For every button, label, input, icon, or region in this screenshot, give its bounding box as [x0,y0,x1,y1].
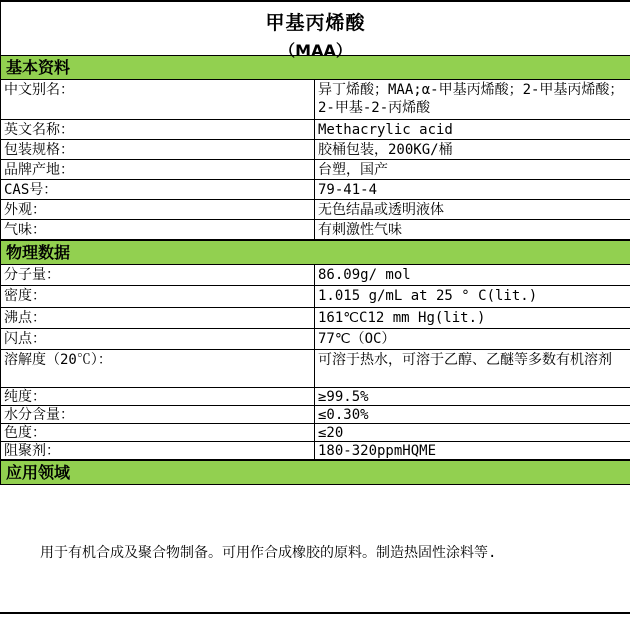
product-datasheet: 甲基丙烯酸 （MAA） 基本资料 中文别名： 异丁烯酸；MAA;α-甲基丙烯酸；… [0,0,630,620]
application-description: 用于有机合成及聚合物制备。可用作合成橡胶的原料。制造热固性涂料等. [40,543,620,563]
physical-data-table: 分子量： 86.09g/ mol 密度： 1.015 g/mL at 25 ° … [1,265,630,460]
table-row-inhibitor: 阻聚剂： 180-320ppmHQME [1,442,630,460]
section-header-physical-data: 物理数据 [1,240,630,265]
row-label: 分子量： [1,265,315,285]
table-row-purity: 纯度： ≥99.5% [1,388,630,406]
table-row-cas-number: CAS号： 79-41-4 [1,180,630,200]
row-value: 无色结晶或透明液体 [315,200,630,219]
row-value: ≤0.30% [315,406,630,423]
datasheet-bordered-region: 甲基丙烯酸 （MAA） 基本资料 中文别名： 异丁烯酸；MAA;α-甲基丙烯酸；… [0,2,630,485]
table-row-molecular-weight: 分子量： 86.09g/ mol [1,265,630,286]
section-header-applications: 应用领域 [1,460,630,485]
row-value: ≤20 [315,424,630,441]
row-value: 161℃C12 mm Hg(lit.) [315,308,630,327]
row-label: 色度： [1,424,315,441]
row-value: 180-320ppmHQME [315,442,630,459]
table-row-solubility: 溶解度（20℃）： 可溶于热水，可溶于乙醇、乙醚等多数有机溶剂 [1,350,630,388]
row-label: 沸点： [1,308,315,328]
row-label: 品牌产地： [1,160,315,179]
row-label: CAS号： [1,180,315,199]
row-label: 纯度： [1,388,315,405]
row-value: Methacrylic acid [315,120,630,139]
row-label: 气味： [1,220,315,239]
row-value: 86.09g/ mol [315,265,630,284]
table-row-appearance: 外观： 无色结晶或透明液体 [1,200,630,220]
row-label: 溶解度（20℃）： [1,350,315,387]
basic-info-table: 中文别名： 异丁烯酸；MAA;α-甲基丙烯酸；2-甲基丙烯酸；2-甲基-2-丙烯… [1,80,630,240]
table-row-boiling-point: 沸点： 161℃C12 mm Hg(lit.) [1,308,630,329]
row-label: 中文别名： [1,80,315,119]
row-label: 水分含量： [1,406,315,423]
bottom-rule [0,612,630,614]
row-value: 79-41-4 [315,180,630,199]
table-row-brand-origin: 品牌产地： 台塑，国产 [1,160,630,180]
table-row-flash-point: 闪点： 77℃（OC） [1,329,630,350]
row-label: 外观： [1,200,315,219]
row-value: ≥99.5% [315,388,630,405]
row-value: 胶桶包装，200KG/桶 [315,140,630,159]
table-row-density: 密度： 1.015 g/mL at 25 ° C(lit.) [1,286,630,308]
row-label: 英文名称： [1,120,315,139]
row-label: 阻聚剂： [1,442,315,459]
table-row-color-index: 色度： ≤20 [1,424,630,442]
row-label: 闪点： [1,329,315,349]
row-value: 77℃（OC） [315,329,630,348]
table-row-chinese-aliases: 中文别名： 异丁烯酸；MAA;α-甲基丙烯酸；2-甲基丙烯酸；2-甲基-2-丙烯… [1,80,630,120]
row-label: 包装规格： [1,140,315,159]
table-row-packaging: 包装规格： 胶桶包装，200KG/桶 [1,140,630,160]
page-title: 甲基丙烯酸 [1,2,630,35]
row-value: 异丁烯酸；MAA;α-甲基丙烯酸；2-甲基丙烯酸；2-甲基-2-丙烯酸 [315,80,630,117]
row-label: 密度： [1,286,315,307]
row-value: 可溶于热水，可溶于乙醇、乙醚等多数有机溶剂 [315,350,630,369]
row-value: 台塑，国产 [315,160,630,179]
row-value: 有刺激性气味 [315,220,630,239]
table-row-moisture-content: 水分含量： ≤0.30% [1,406,630,424]
table-row-odor: 气味： 有刺激性气味 [1,220,630,240]
row-value: 1.015 g/mL at 25 ° C(lit.) [315,286,630,305]
table-row-english-name: 英文名称： Methacrylic acid [1,120,630,140]
application-area: 用于有机合成及聚合物制备。可用作合成橡胶的原料。制造热固性涂料等. [0,485,630,612]
title-block: 甲基丙烯酸 （MAA） [1,2,630,55]
